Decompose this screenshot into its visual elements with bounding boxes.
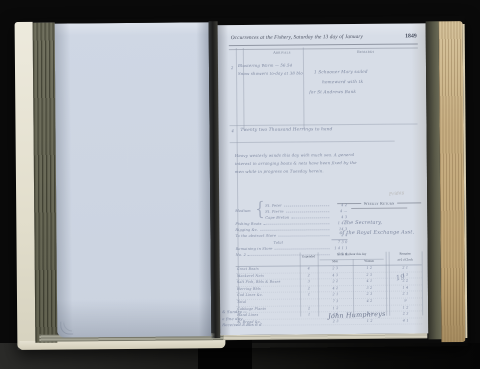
secretary-address: The Secretary,of the Royal Exchange Asst… xyxy=(339,217,414,238)
account-group: Medium { St. Peter 4 2 St. Pierr xyxy=(235,201,347,220)
group-label: Medium xyxy=(235,209,251,213)
pencil-note: Friday xyxy=(389,191,405,198)
weekly-return-heading: Weekly Return xyxy=(337,200,421,206)
entry-number: 2 xyxy=(231,65,234,70)
remains-subheader: at 6 o'Clock xyxy=(389,258,422,261)
weekly-return-label: Weekly Return xyxy=(364,201,395,206)
harbour-table: Expended In the Harbour this day Men Wom… xyxy=(236,251,423,319)
address-line: of the Royal Exchange Asst. xyxy=(339,227,414,238)
dotted-leader xyxy=(291,217,329,218)
remains-header: Remains xyxy=(389,252,422,255)
heading-rule-right xyxy=(398,202,422,203)
left-page-blank xyxy=(55,22,212,337)
mid-note: Twenty two Thousand Herrings to hand xyxy=(241,127,333,133)
column-divider-rule xyxy=(303,47,305,129)
account-row: Cape Breton 4 3 xyxy=(265,213,347,220)
heading-underline xyxy=(351,208,407,209)
column-label-remarks: Remarks xyxy=(336,50,396,55)
photo-backdrop: Occurrences at the Fishery, Saturday the… xyxy=(0,0,480,369)
remarks-entries: 1 Schooner Mary sailedhomeward with tkfo… xyxy=(309,66,415,97)
journal-paragraph: Heavy westerly winds this day with much … xyxy=(235,150,427,176)
number-column-rule xyxy=(243,48,245,130)
total-label: Total xyxy=(274,241,284,245)
brace-icon: { xyxy=(255,198,265,221)
page-header: Occurrences at the Fishery, Saturday the… xyxy=(231,33,417,41)
footer-notes: & Sundry —a fine dayReceived 8 Bbs 6 d xyxy=(222,309,262,329)
total-value: 7 3 0 xyxy=(331,239,347,244)
open-ledger-book: Occurrences at the Fishery, Saturday the… xyxy=(15,16,468,350)
expended-header: Expended xyxy=(300,255,318,258)
men-subheader: Men xyxy=(318,260,353,264)
section-rule xyxy=(229,123,417,126)
margin-number: 4 xyxy=(232,128,235,133)
fore-edge-page-block xyxy=(439,21,466,342)
page-year: 1849 xyxy=(405,33,417,39)
left-page-stack xyxy=(33,23,58,343)
arrival-entries: Blustering Warm — 56.54Snow showers to-d… xyxy=(238,61,304,78)
right-page-content: Occurrences at the Fishery, Saturday the… xyxy=(218,23,429,335)
journal-paragraph-line: men while in progress on Tuesday herein. xyxy=(235,167,427,177)
remark-line: for St Andrews Bank xyxy=(309,86,415,97)
arrival-entry-line: Snow showers to-day at 38 blo xyxy=(238,69,304,78)
footer-note-line: Received 8 Bbs 6 d xyxy=(222,322,262,329)
address-line: The Secretary, xyxy=(339,217,414,228)
account-table: Medium { St. Peter 4 2 St. Pierr xyxy=(235,201,347,257)
page-header-title: Occurrences at the Fishery, Saturday the… xyxy=(231,34,363,41)
section-rule xyxy=(230,141,395,143)
group-header: In the Harbour this day xyxy=(318,253,386,257)
right-page-bottom-edges xyxy=(223,333,427,340)
women-subheader: Women xyxy=(353,260,386,263)
